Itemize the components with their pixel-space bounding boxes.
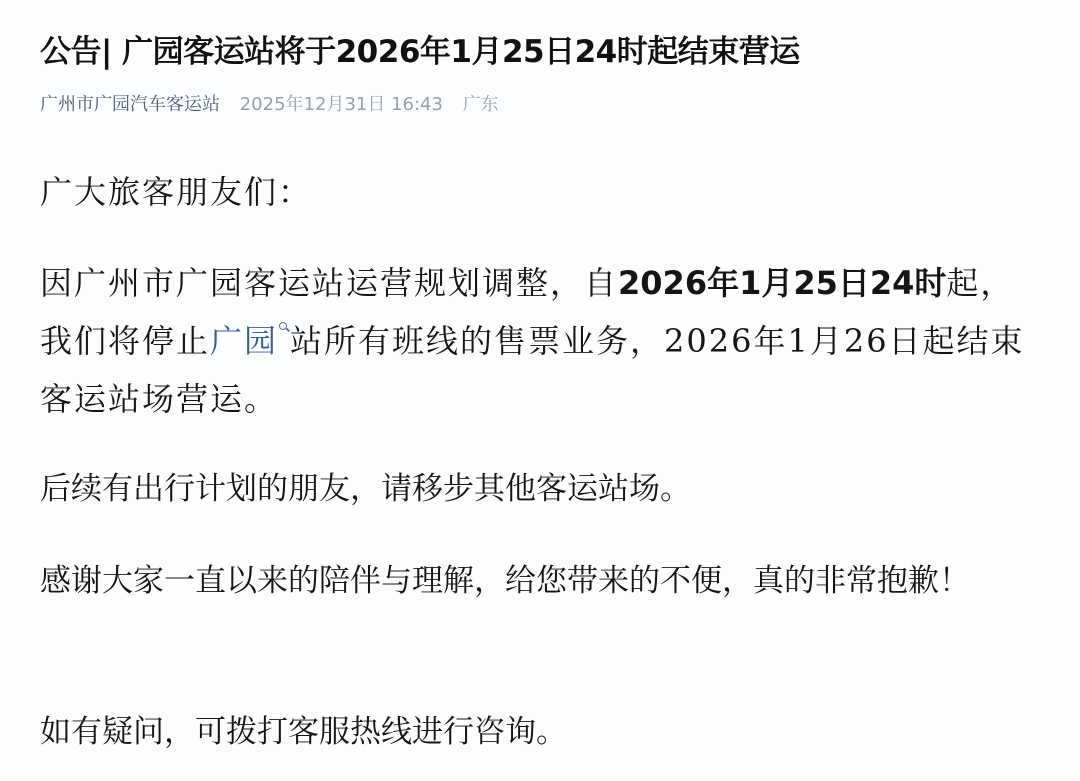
article-title: 公告| 广园客运站将于2026年1月25日24时起结束营运 xyxy=(40,26,800,71)
search-icon[interactable] xyxy=(278,320,290,342)
author-name[interactable]: 广州市广园汽车客运站 xyxy=(40,94,220,115)
main-text-part1: 因广州市广园客运站运营规划调整，自 xyxy=(40,264,618,302)
greeting-paragraph: 广大旅客朋友们： xyxy=(40,163,1040,221)
article-meta: 广州市广园汽车客运站 2025年12月31日 16:43 广东 xyxy=(40,90,499,116)
publish-date: 2025年12月31日 16:43 xyxy=(240,94,443,115)
main-paragraph: 因广州市广园客运站运营规划调整，自2026年1月25日24时起，我们将停止广园站… xyxy=(40,254,1040,428)
search-link-guangyuan[interactable]: 广园 xyxy=(210,322,278,360)
thanks-paragraph: 感谢大家一直以来的陪伴与理解，给您带来的不便，真的非常抱歉！ xyxy=(40,552,1040,610)
contact-paragraph: 如有疑问，可拨打客服热线进行咨询。 xyxy=(40,703,1040,761)
closing-date: 2026年1月25日24时 xyxy=(618,264,946,302)
follow-up-paragraph: 后续有出行计划的朋友，请移步其他客运站场。 xyxy=(40,460,1040,518)
publish-region: 广东 xyxy=(463,94,499,115)
